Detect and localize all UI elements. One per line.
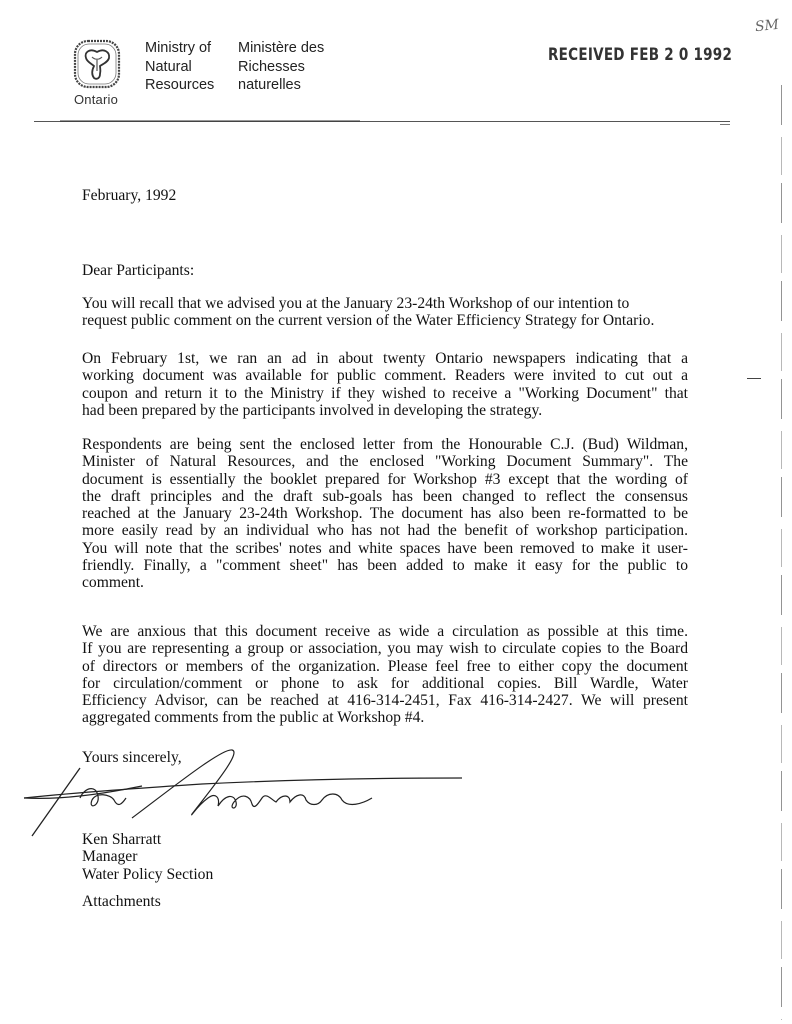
text-line: coupon and return it to the Ministry if …: [82, 385, 688, 402]
ontario-wordmark: Ontario: [74, 92, 118, 107]
text-line: the draft principles and the draft sub-g…: [82, 488, 688, 505]
handwritten-signature-icon: [22, 748, 482, 843]
received-stamp: RECEIVED FEB 2 0 1992: [548, 45, 732, 64]
text-line: more easily read by an individual who ha…: [82, 522, 688, 539]
text-line: On February 1st, we ran an ad in about t…: [82, 350, 688, 367]
ministry-en-line: Ministry of: [145, 39, 214, 58]
text-line: Respondents are being sent the enclosed …: [82, 436, 688, 453]
ministry-fr-line: Ministère des: [238, 39, 324, 58]
scan-mark: [747, 378, 761, 379]
text-line: had been prepared by the participants in…: [82, 402, 688, 419]
paragraph-3: Respondents are being sent the enclosed …: [82, 436, 688, 592]
signer-section: Water Policy Section: [82, 866, 213, 883]
text-line: aggregated comments from the public at W…: [82, 709, 688, 726]
text-line: If you are representing a group or assoc…: [82, 640, 688, 657]
paragraph-1: You will recall that we advised you at t…: [82, 295, 654, 330]
enclosure-note: Attachments: [82, 893, 161, 910]
ontario-trillium-logo-icon: [72, 38, 122, 92]
ministry-en-line: Resources: [145, 76, 214, 95]
signer-title: Manager: [82, 848, 213, 865]
text-line: You will recall that we advised you at t…: [82, 295, 654, 312]
text-line: friendly. Finally, a "comment sheet" has…: [82, 557, 688, 574]
text-line: Efficiency Advisor, can be reached at 41…: [82, 692, 688, 709]
text-line: You will note that the scribes' notes an…: [82, 540, 688, 557]
scan-mark: [720, 124, 730, 125]
letter-page: Ontario Ministry of Natural Resources Mi…: [0, 0, 792, 1024]
letter-date: February, 1992: [82, 187, 176, 204]
letterhead-divider-shadow: [60, 120, 360, 122]
text-line: working document was available for publi…: [82, 367, 688, 384]
ministry-fr-line: Richesses: [238, 58, 324, 77]
text-line: for circulation/comment or phone to ask …: [82, 675, 688, 692]
ministry-name-english: Ministry of Natural Resources: [145, 39, 214, 95]
salutation: Dear Participants:: [82, 262, 194, 279]
text-line: reached at the January 23-24th Workshop.…: [82, 505, 688, 522]
ministry-name-french: Ministère des Richesses naturelles: [238, 39, 324, 95]
text-line: comment.: [82, 574, 688, 591]
paragraph-4: We are anxious that this document receiv…: [82, 623, 688, 727]
text-line: request public comment on the current ve…: [82, 312, 654, 329]
text-line: Minister of Natural Resources, and the e…: [82, 453, 688, 470]
signer-block: Ken Sharratt Manager Water Policy Sectio…: [82, 831, 213, 883]
handwritten-initials: SM: [754, 17, 779, 35]
signer-name: Ken Sharratt: [82, 831, 213, 848]
text-line: document is essentially the booklet prep…: [82, 471, 688, 488]
scan-edge-artifact: [781, 85, 782, 1020]
paragraph-2: On February 1st, we ran an ad in about t…: [82, 350, 688, 419]
ministry-fr-line: naturelles: [238, 76, 324, 95]
text-line: of directors or members of the organizat…: [82, 658, 688, 675]
ministry-en-line: Natural: [145, 58, 214, 77]
text-line: We are anxious that this document receiv…: [82, 623, 688, 640]
